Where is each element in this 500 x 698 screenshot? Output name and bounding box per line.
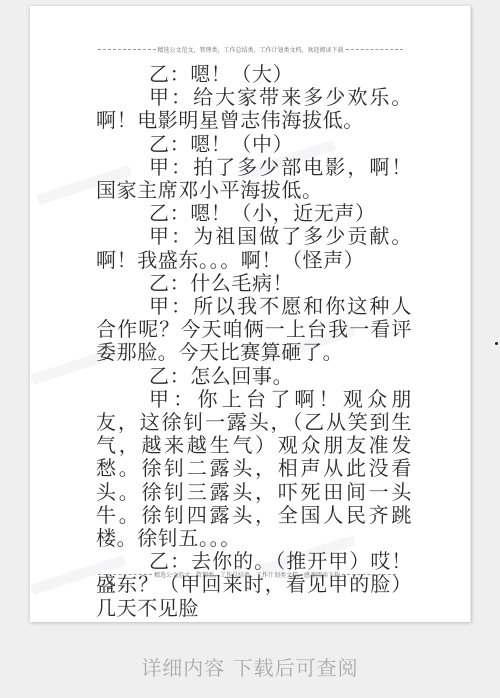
- dialogue-line: 乙：怎么回事。: [96, 365, 412, 388]
- page-header: 精选公文范文，管理类，工作总结类，工作计划类文档，欢迎阅读下载: [98, 43, 403, 55]
- document-page: 精选公文范文，管理类，工作总结类，工作计划类文档，欢迎阅读下载 ▒▒▒▒▒▒▒▒…: [30, 6, 471, 622]
- dialogue-line: 乙：什么毛病！: [96, 272, 412, 295]
- download-caption[interactable]: 详细内容 下载后可查阅: [0, 652, 500, 681]
- header-dash-left: [98, 49, 156, 50]
- edge-dot: [495, 342, 498, 345]
- header-dash-right: [346, 49, 404, 50]
- footer-text: 精选公文范文，管理类，工作总结类，工作计划类文档，感谢阅读下载: [152, 570, 342, 579]
- dialogue-line: 甲：给大家带来多少欢乐。啊！电影明星曾志伟海拔低。: [96, 86, 412, 132]
- dialogue-line: 乙：去你的。（推开甲）哎！盛东？（甲回来时，看见甲的脸）几天不见脸: [96, 550, 412, 620]
- page-footer: 精选公文范文，管理类，工作总结类，工作计划类文档，感谢阅读下载: [98, 569, 396, 579]
- dialogue-line: 甲：所以我不愿和你这种人合作呢？今天咱俩一上台我一看评委那脸。今天比赛算砸了。: [96, 295, 412, 365]
- dialogue-line: 乙：嗯！（大）: [96, 63, 412, 86]
- header-text: 精选公文范文，管理类，工作总结类，工作计划类文档，欢迎阅读下载: [156, 45, 346, 54]
- dialogue-line: 甲：拍了多少部电影，啊！国家主席邓小平海拔低。: [96, 156, 412, 202]
- footer-dash-left: [98, 574, 152, 575]
- dialogue-line: 乙：嗯！（小，近无声）: [96, 202, 412, 225]
- page-number: ~ 2 ~: [96, 581, 125, 592]
- document-body: 乙：嗯！（大） 甲：给大家带来多少欢乐。啊！电影明星曾志伟海拔低。 乙：嗯！（中…: [96, 63, 412, 620]
- footer-dash-right: [342, 574, 396, 575]
- dialogue-line: 甲：为祖国做了多少贡献。啊！我盛东。。。啊！（怪声）: [96, 225, 412, 271]
- dialogue-line: 乙：嗯！（中）: [96, 133, 412, 156]
- dialogue-line: 甲：你上台了啊！观众朋友，这徐钊一露头，（乙从笑到生气，越来越生气）观众朋友准发…: [96, 388, 412, 550]
